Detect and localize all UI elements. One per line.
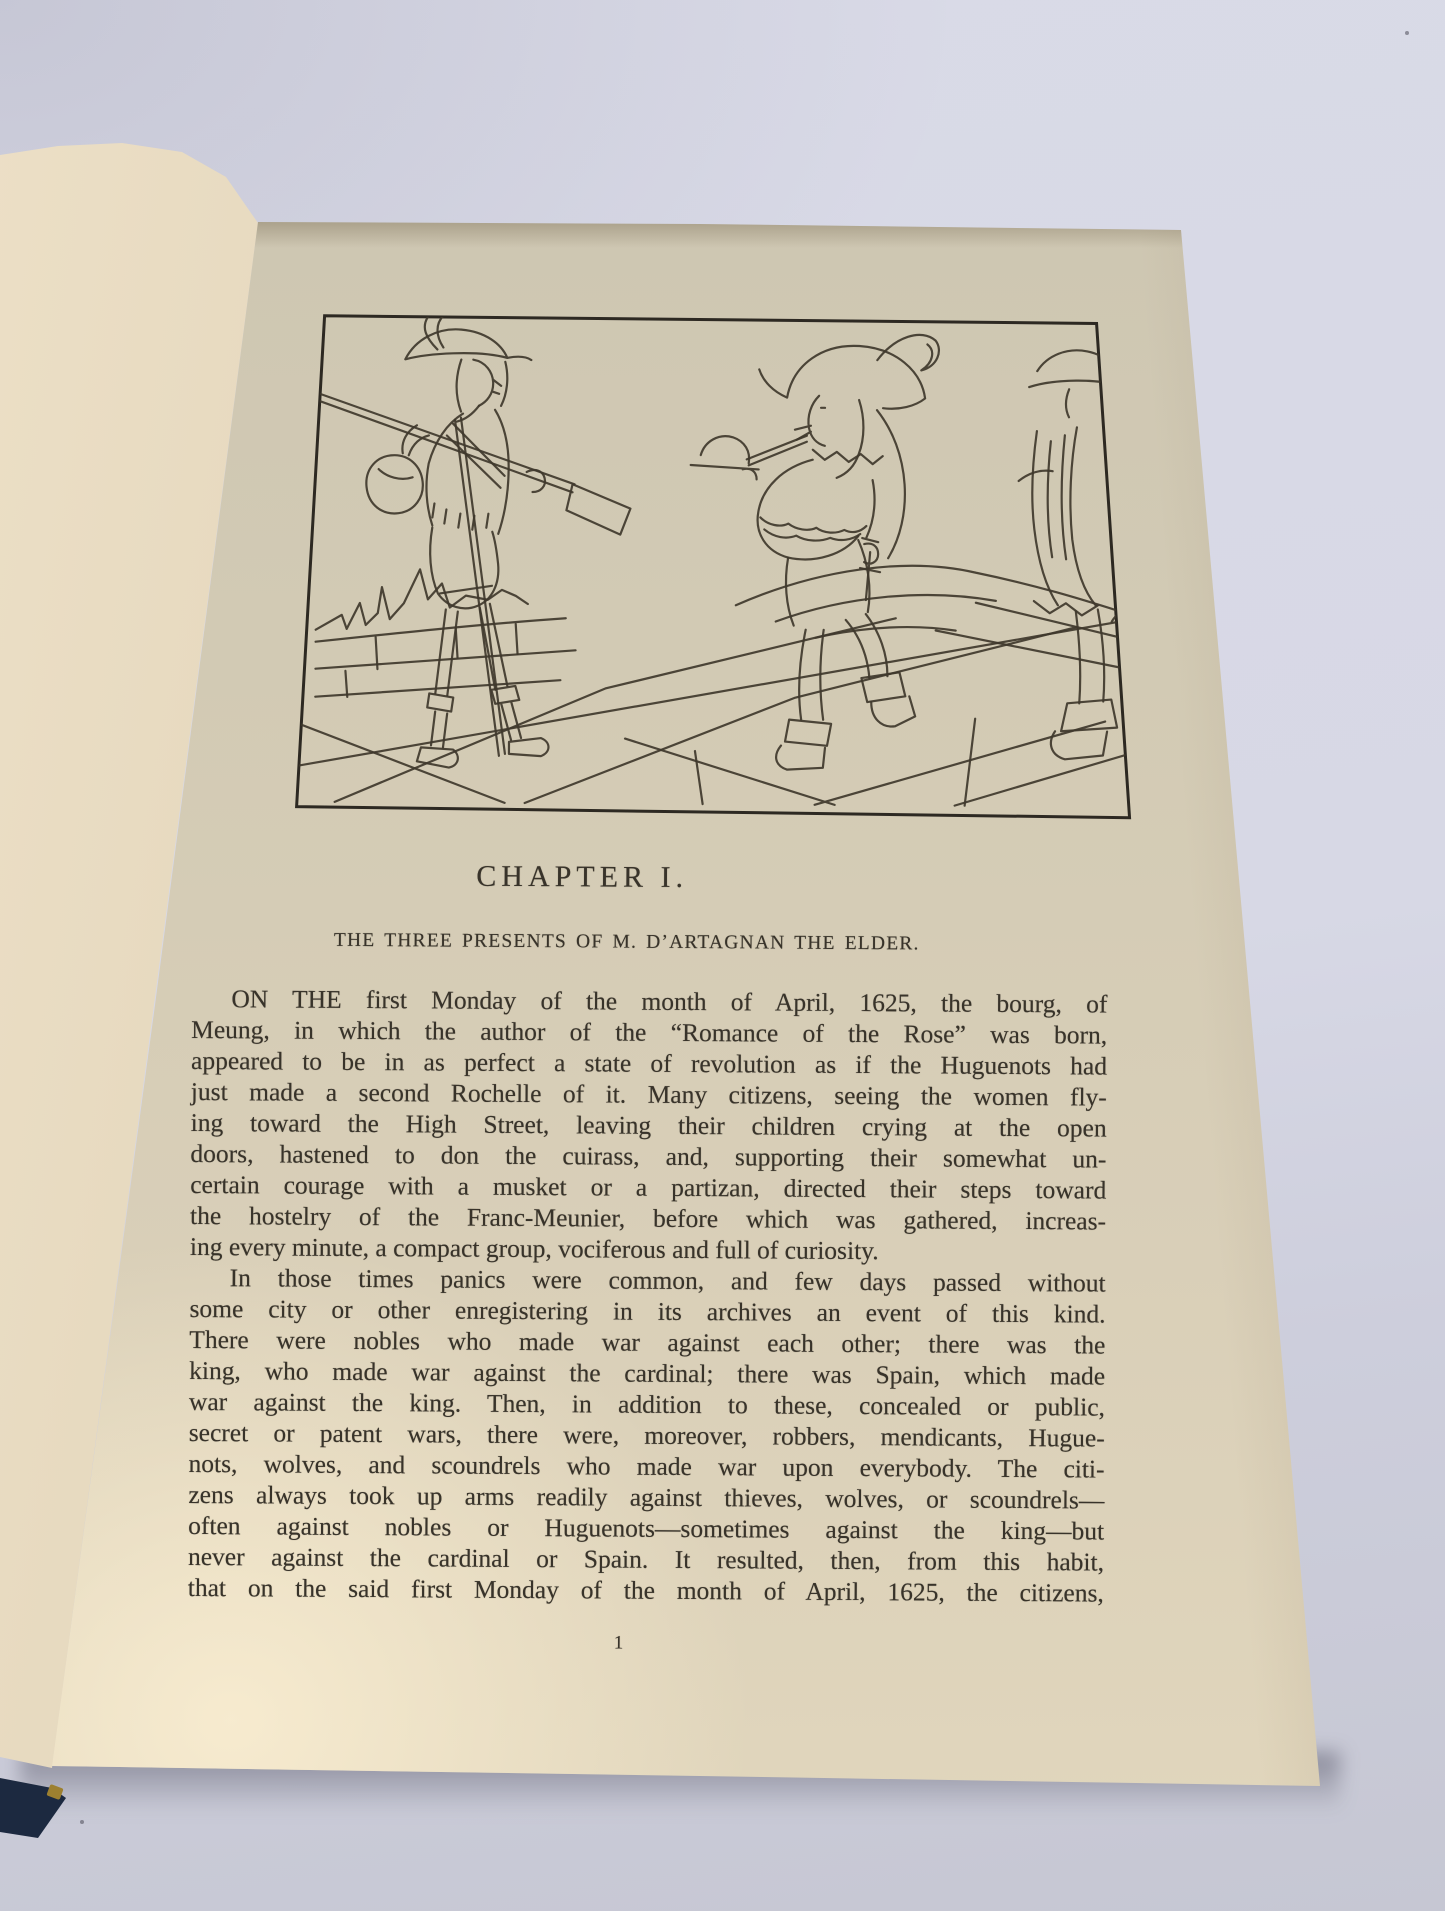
photo-background: CHAPTER I. THE THREE PRESENTS OF M. D’AR… [0,0,1445,1911]
page-number: 1 [186,1630,1050,1657]
illustration-frame [297,316,1133,818]
body-text: ON THE first Monday of the month of Apri… [188,983,1108,1609]
dust-speck [1405,31,1409,35]
body-line: that on the said first Monday of the mon… [188,1572,1104,1609]
illustration-three-musketeers [274,296,1139,829]
chapter-subtitle: THE THREE PRESENTS OF M. D’ARTAGNAN THE … [191,929,1063,956]
chapter-heading: CHAPTER I. [191,858,973,897]
